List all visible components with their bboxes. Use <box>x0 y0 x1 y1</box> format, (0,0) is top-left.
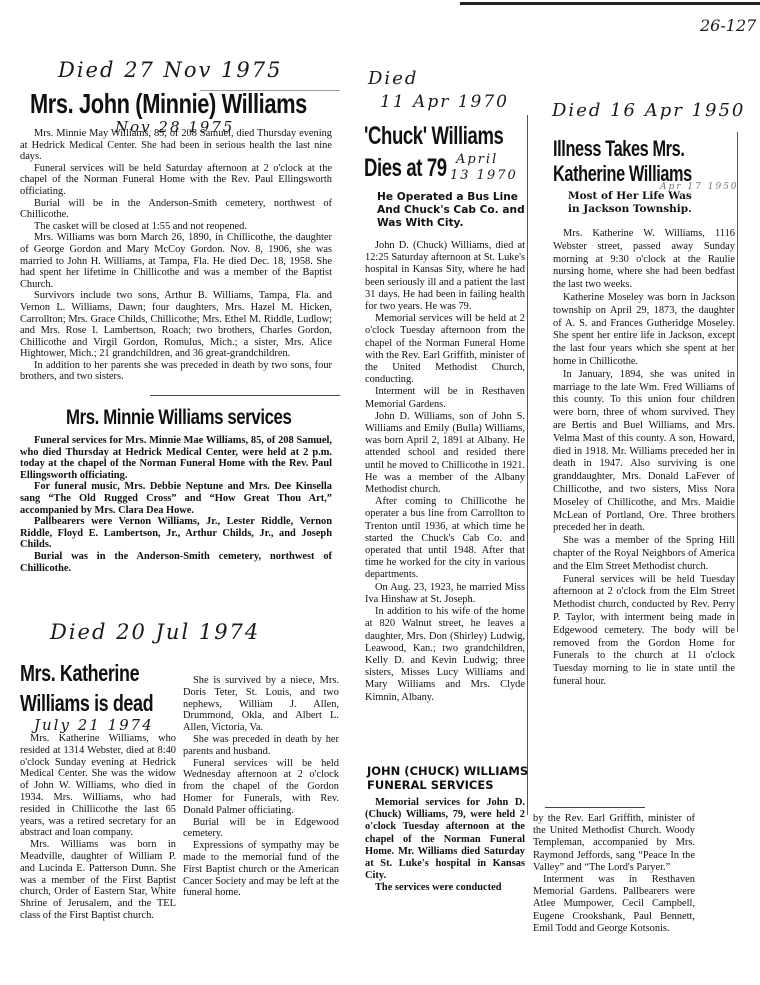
paragraph: John D. Williams, son of John S. William… <box>365 411 525 496</box>
top-rule <box>460 2 760 5</box>
headline: Illness Takes Mrs. <box>553 138 685 160</box>
paragraph: Funeral services will be held Tuesday af… <box>553 574 735 689</box>
paragraph: She was preceded in death by her parents… <box>183 734 339 758</box>
paragraph: by the Rev. Earl Griffith, minister of t… <box>533 813 695 874</box>
headline: JOHN (CHUCK) WILLIAMS FUNERAL SERVICES <box>367 764 537 792</box>
paragraph: Mrs. Katherine Williams, who resided at … <box>20 733 176 839</box>
column-rule <box>737 132 738 632</box>
paragraph: Mrs. Minnie May Williams, 85, of 208 Sam… <box>20 128 332 163</box>
article-body: Mrs. Minnie May Williams, 85, of 208 Sam… <box>20 128 332 383</box>
paragraph: In addition to his wife of the home at 8… <box>365 606 525 704</box>
page-reference: 26-127 <box>700 16 756 35</box>
article-body: John D. (Chuck) Williams, died at 12:25 … <box>365 240 525 704</box>
paragraph: For funeral music, Mrs. Debbie Neptune a… <box>20 481 332 516</box>
handwritten-date: July 21 1974 <box>34 716 154 734</box>
paragraph: Funeral services will be held Saturday a… <box>20 163 332 198</box>
column-rule <box>527 115 528 815</box>
paragraph: Expressions of sympathy may be made to t… <box>183 840 339 899</box>
article-body-col1: Mrs. Katherine Williams, who resided at … <box>20 733 176 922</box>
article-body: Mrs. Katherine W. Williams, 1116 Webster… <box>553 228 735 689</box>
article-body-col2: by the Rev. Earl Griffith, minister of t… <box>533 813 695 935</box>
paragraph: Katherine Moseley was born in Jackson to… <box>553 292 735 369</box>
paragraph: John D. (Chuck) Williams, died at 12:25 … <box>365 240 525 313</box>
paragraph: Interment was in Resthaven Memorial Gard… <box>533 874 695 935</box>
paragraph: The services were conducted <box>365 882 525 894</box>
divider <box>545 807 645 808</box>
headline: Williams is dead <box>20 692 153 715</box>
paragraph: Mrs. Katherine W. Williams, 1116 Webster… <box>553 228 735 292</box>
paragraph: After coming to Chillicothe he operater … <box>365 496 525 581</box>
handwritten-death-note: Died 20 Jul 1974 <box>50 620 260 644</box>
headline: 'Chuck' Williams <box>364 124 503 149</box>
paragraph: Interment will be in Resthaven Memorial … <box>365 386 525 410</box>
paragraph: Survivors include two sons, Arthur B. Wi… <box>20 290 332 360</box>
paragraph: Pallbearers were Vernon Williams, Jr., L… <box>20 516 332 551</box>
paragraph: On Aug. 23, 1923, he married Miss Iva Hi… <box>365 582 525 606</box>
handwritten-date: 13 1970 <box>450 168 518 183</box>
paragraph: She is survived by a niece, Mrs. Doris T… <box>183 675 339 734</box>
paragraph: Memorial services for John D. (Chuck) Wi… <box>365 797 525 882</box>
paragraph: She was a member of the Spring Hill chap… <box>553 535 735 573</box>
paragraph: In January, 1894, she was united in marr… <box>553 369 735 535</box>
paragraph: Funeral services for Mrs. Minnie Mae Wil… <box>20 435 332 481</box>
article-body-col2: She is survived by a niece, Mrs. Doris T… <box>183 675 339 899</box>
article-body-col1: Memorial services for John D. (Chuck) Wi… <box>365 797 525 895</box>
handwritten-death-note: Died <box>368 68 418 89</box>
headline: Dies at 79 <box>364 156 447 181</box>
paragraph: Burial was in the Anderson-Smith cemeter… <box>20 551 332 574</box>
handwritten-death-note: Died 16 Apr 1950 <box>552 100 745 121</box>
paragraph: Funeral services will be held Wednesday … <box>183 758 339 817</box>
paragraph: Burial will be in Edgewood cemetery. <box>183 817 339 841</box>
headline: Mrs. Minnie Williams services <box>66 407 291 428</box>
handwritten-death-note: 11 Apr 1970 <box>380 92 509 112</box>
headline: Mrs. John (Minnie) Williams <box>30 90 307 118</box>
paragraph: Mrs. Williams was born March 26, 1890, i… <box>20 232 332 290</box>
headline: Mrs. Katherine <box>20 662 139 685</box>
paragraph: Mrs. Williams was born in Meadville, dau… <box>20 839 176 922</box>
paragraph: Memorial services will be held at 2 o'cl… <box>365 313 525 386</box>
divider <box>150 395 340 396</box>
handwritten-date: April <box>456 152 498 167</box>
article-body: Funeral services for Mrs. Minnie Mae Wil… <box>20 435 332 574</box>
subheadline: He Operated a Bus Line And Chuck's Cab C… <box>377 191 525 230</box>
paragraph: Burial will be in the Anderson-Smith cem… <box>20 198 332 221</box>
paragraph: In addition to her parents she was prece… <box>20 360 332 383</box>
paragraph: The casket will be closed at 1:55 and no… <box>20 221 332 233</box>
handwritten-death-note: Died 27 Nov 1975 <box>58 58 283 82</box>
subheadline: Most of Her Life Was in Jackson Township… <box>568 190 700 216</box>
